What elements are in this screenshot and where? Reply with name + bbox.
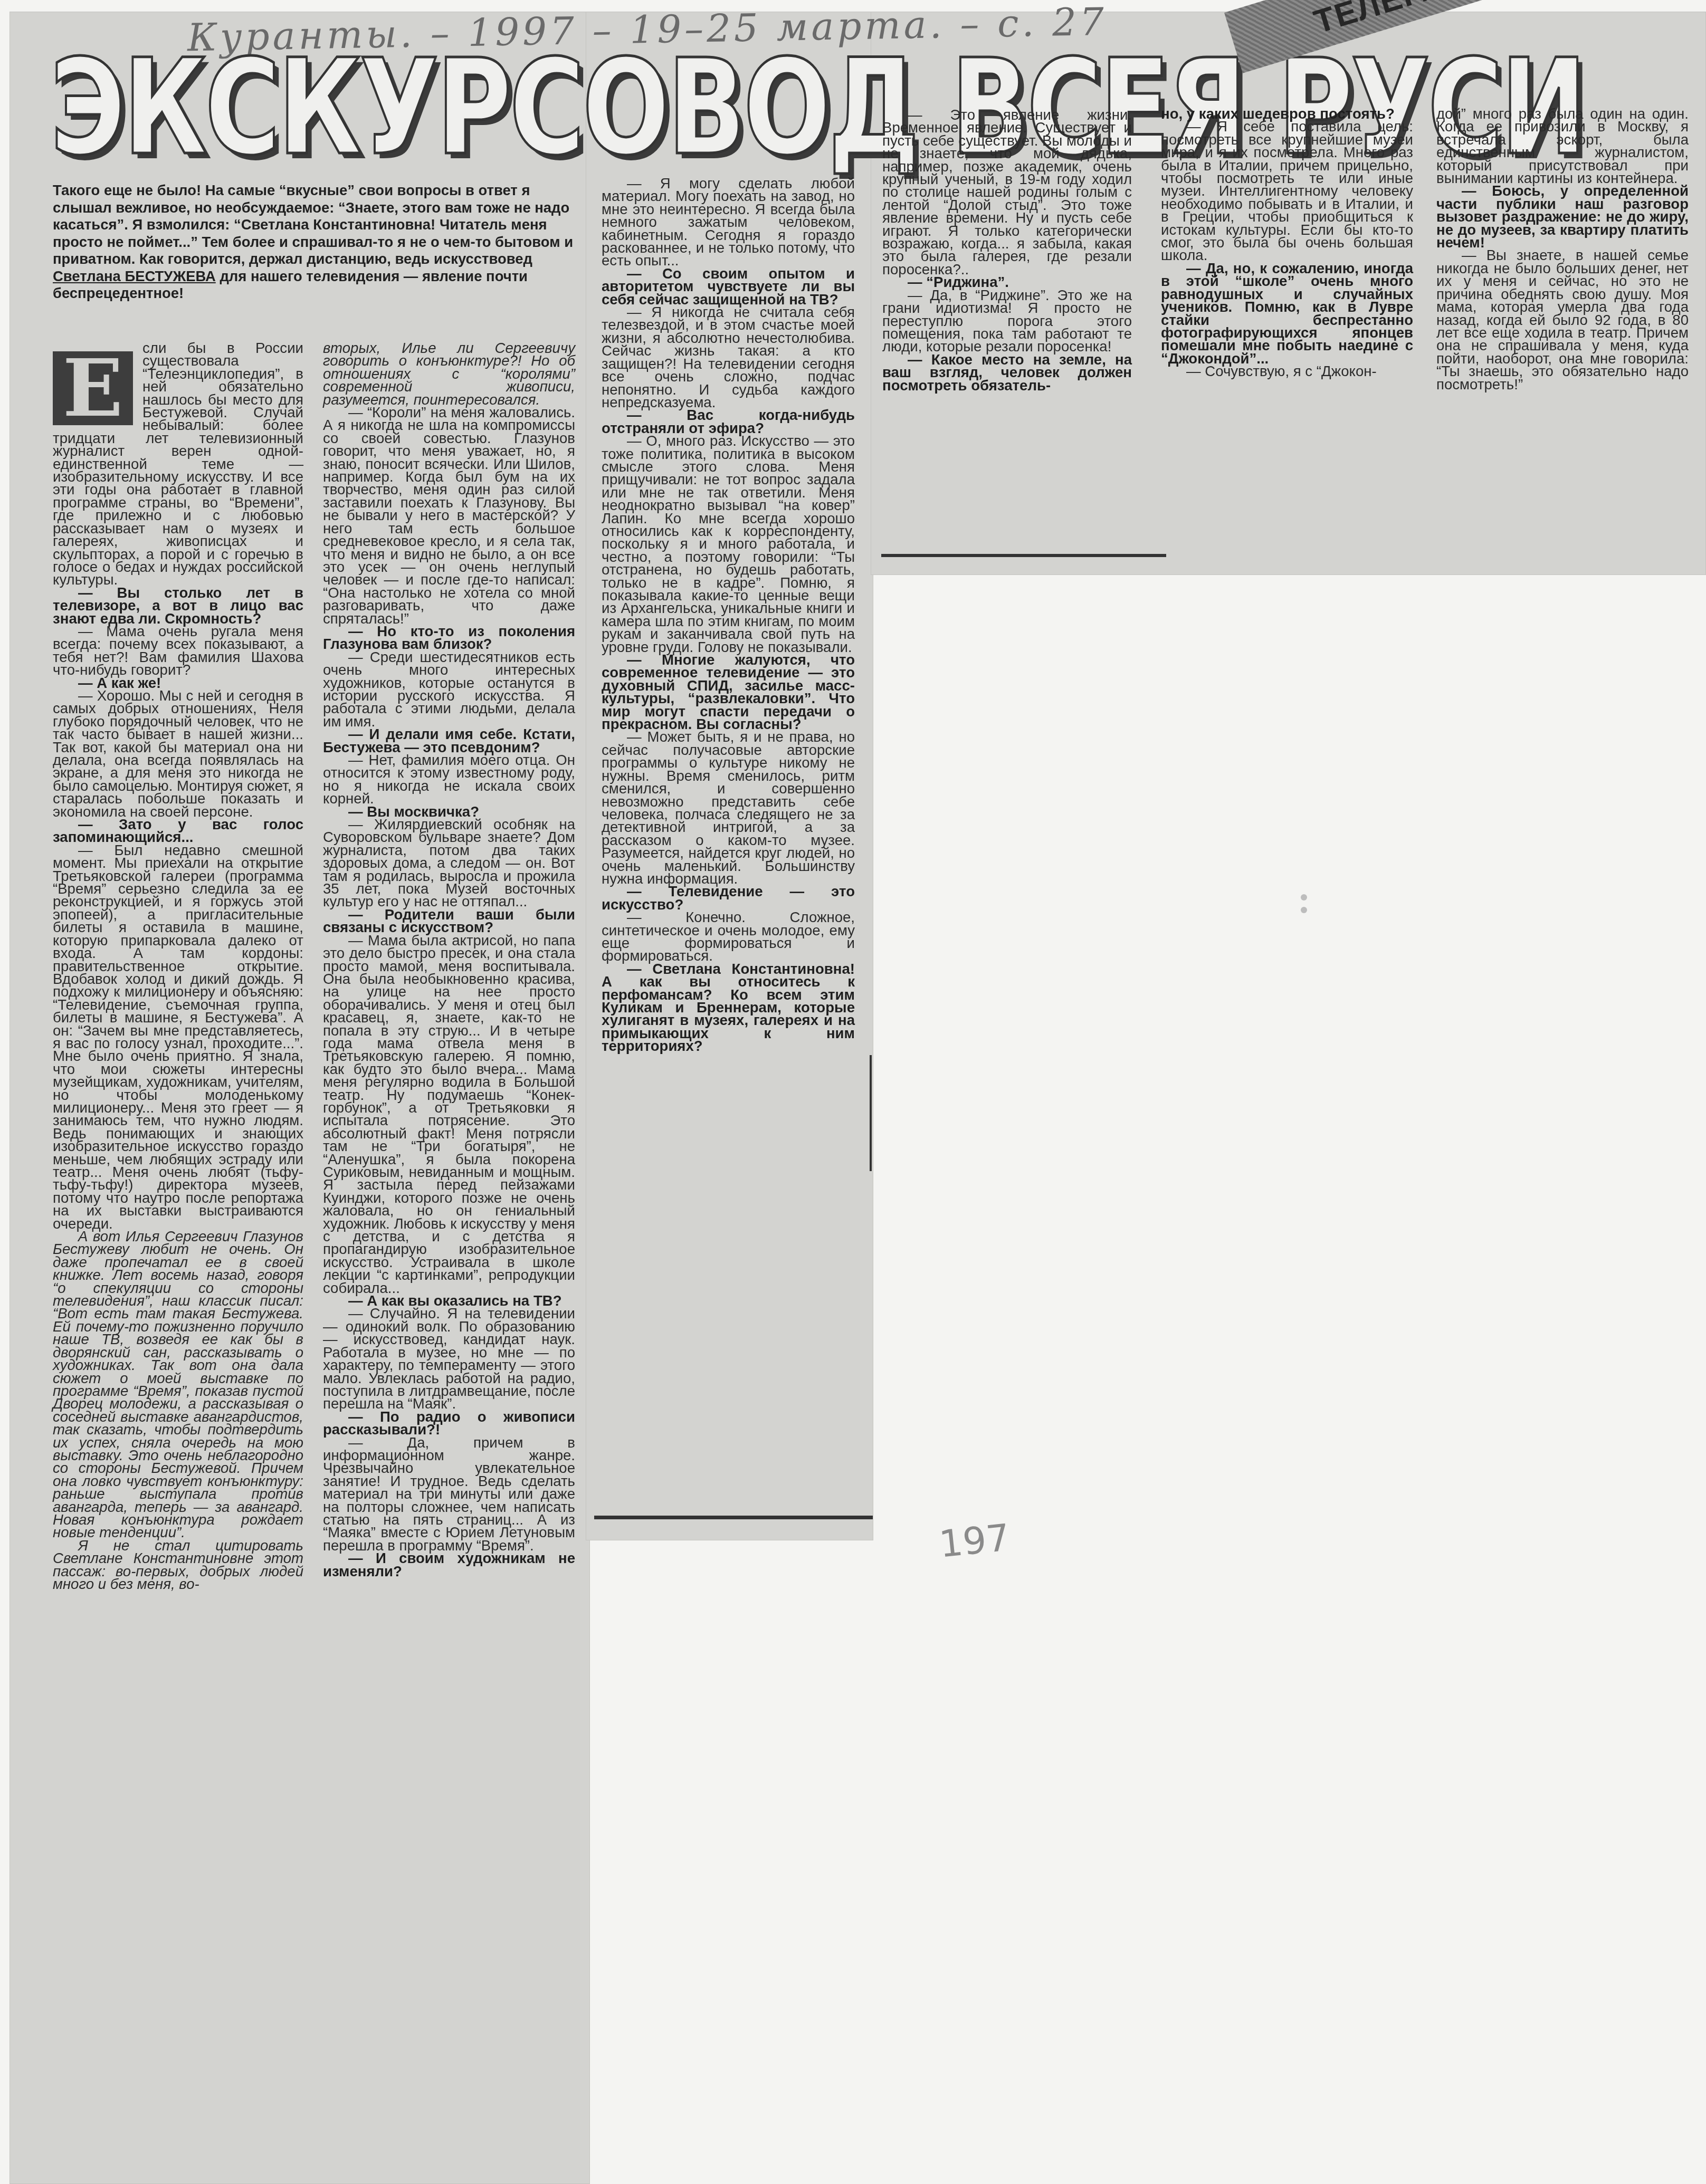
question: — Родители ваши были связаны с искусство… bbox=[323, 908, 575, 934]
answer: — Жилярдиевский особняк на Суворовском б… bbox=[323, 818, 575, 908]
article-column-6: дой” много раз была один на один. Когда … bbox=[1436, 108, 1689, 391]
question: — Да, но, к сожалению, иногда в этой “шк… bbox=[1161, 262, 1413, 365]
answer: — Сочувствую, я с “Джокон- bbox=[1161, 365, 1413, 378]
question: — И своим художникам не изменяли? bbox=[323, 1552, 575, 1578]
question: — Зато у вас голос запоминающийся... bbox=[53, 818, 303, 844]
question: — Телевидение — это искусство? bbox=[602, 885, 855, 911]
handwritten-page-number: 197 bbox=[937, 1516, 1012, 1566]
answer: — Конечно. Сложное, синтетическое и очен… bbox=[602, 911, 855, 963]
article-column-3: — Я могу сделать любой материал. Могу по… bbox=[602, 177, 855, 1053]
answer: — Я могу сделать любой материал. Могу по… bbox=[602, 177, 855, 267]
question: — По радио о живописи рассказывали?! bbox=[323, 1411, 575, 1436]
interviewee-name: Светлана БЕСТУЖЕВА bbox=[53, 268, 216, 284]
lead-paragraph: Такого еще не было! На самые “вкусные” с… bbox=[53, 182, 575, 302]
column-3-end-rule bbox=[594, 1516, 873, 1519]
question: — Боюсь, у определенной части публики на… bbox=[1436, 185, 1689, 249]
answer: — Может быть, я и не права, но сейчас по… bbox=[602, 731, 855, 885]
question: — Со своим опытом и авторитетом чувствуе… bbox=[602, 267, 855, 306]
question: — Вы столько лет в телевизоре, а вот в л… bbox=[53, 587, 303, 625]
author-aside: Я не стал цитировать Светлане Константин… bbox=[53, 1539, 303, 1591]
answer: — Мама очень ругала меня всегда: почему … bbox=[53, 625, 303, 677]
headline: ЭКСКУРСОВОД ВСЕЯ РУСИ bbox=[50, 51, 688, 164]
question: — Многие жалуются, что современное телев… bbox=[602, 654, 855, 731]
question: — Какое место на земле, на ваш взгляд, ч… bbox=[882, 353, 1132, 392]
author-aside: вторых, Илье ли Сергеевичу говорить о ко… bbox=[323, 342, 575, 406]
column-3-side-rule bbox=[870, 1055, 872, 1171]
answer: дой” много раз была один на один. Когда … bbox=[1436, 108, 1689, 185]
article-column-5: но, у каких шедевров постоять? — Я себе … bbox=[1161, 108, 1413, 378]
article-column-2: вторых, Илье ли Сергеевичу говорить о ко… bbox=[323, 342, 575, 1578]
answer: — О, много раз. Искусство — это тоже пол… bbox=[602, 435, 855, 654]
drop-cap: Е bbox=[53, 351, 133, 425]
author-aside: А вот Илья Сергеевич Глазунов Бестужеву … bbox=[53, 1230, 303, 1539]
answer: — Хорошо. Мы с ней и сегодня в самых доб… bbox=[53, 689, 303, 818]
answer: — “Короли” на меня жаловались. А я никог… bbox=[323, 406, 575, 625]
lead-text-before: Такого еще не было! На самые “вкусные” с… bbox=[53, 182, 573, 267]
answer: — Случайно. Я на телевидении — одинокий … bbox=[323, 1307, 575, 1410]
answer: — Да, в “Риджине”. Это же на грани идиот… bbox=[882, 289, 1132, 353]
article-column-1: Е сли бы в России существовала “Телеэнци… bbox=[53, 342, 303, 1591]
binder-holes-decoration bbox=[1301, 894, 1307, 919]
column-4-end-rule bbox=[881, 554, 1166, 557]
article-column-4: — Это явление жизни. Временное явление. … bbox=[882, 109, 1132, 392]
question: — Но кто-то из поколения Глазунова вам б… bbox=[323, 625, 575, 651]
answer: — Был недавно смешной момент. Мы приехал… bbox=[53, 844, 303, 1230]
answer: — Я никогда не считала себя телезвездой,… bbox=[602, 306, 855, 409]
question: — Светлана Константиновна! А как вы отно… bbox=[602, 963, 855, 1053]
answer: — Нет, фамилия моего отца. Он относится … bbox=[323, 754, 575, 806]
answer: — Мама была актрисой, но папа это дело б… bbox=[323, 934, 575, 1295]
answer: — Это явление жизни. Временное явление. … bbox=[882, 109, 1132, 276]
answer: — Да, причем в информационном жанре. Чре… bbox=[323, 1436, 575, 1553]
answer: — Я себе поставила цель: посмотреть все … bbox=[1161, 120, 1413, 262]
answer: — Вы знаете, в нашей семье никогда не бы… bbox=[1436, 249, 1689, 390]
answer: — Среди шестидесятников есть очень много… bbox=[323, 651, 575, 728]
question: — И делали имя себе. Кстати, Бестужева —… bbox=[323, 728, 575, 754]
question: — Вас когда-нибудь отстраняли от эфира? bbox=[602, 409, 855, 435]
